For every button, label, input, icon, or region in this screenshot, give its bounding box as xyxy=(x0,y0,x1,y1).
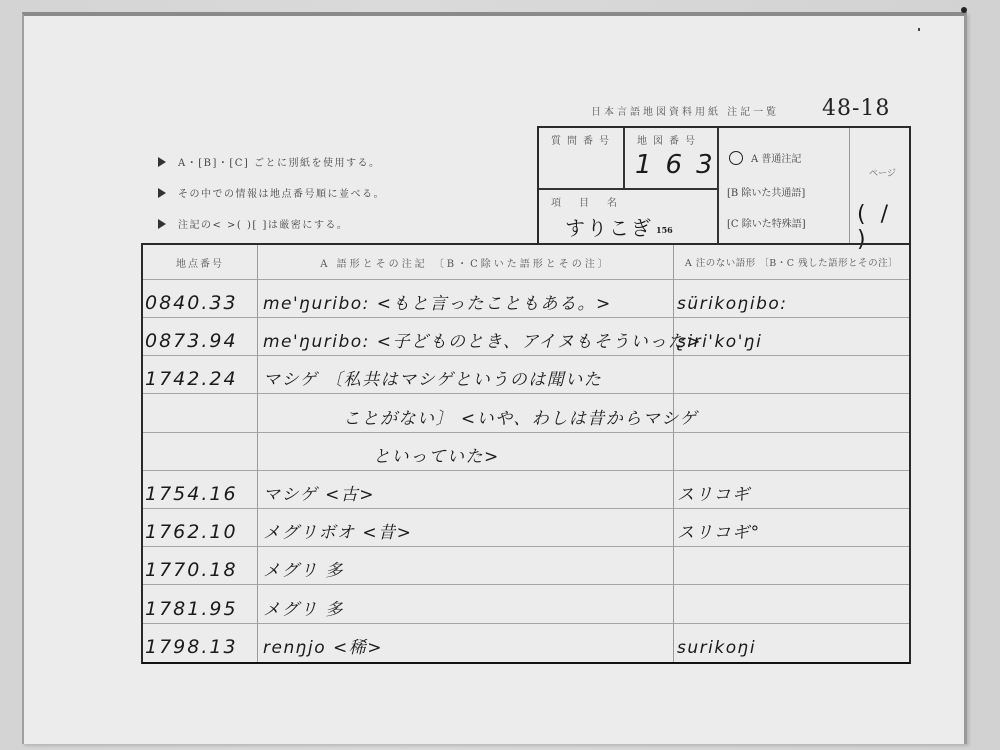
table-row: 1742.24マシゲ 〔私共はマシゲというのは聞いた xyxy=(143,356,909,394)
table-row: といっていた> xyxy=(143,433,909,471)
word-form-note: renŋjo <稀> xyxy=(263,633,383,658)
column-header-form-note: A 語形とその注記 〔B・C除いた語形とその注〕 xyxy=(258,245,673,279)
location-number: 0873.94 xyxy=(145,330,238,352)
location-number: 1742.24 xyxy=(145,368,238,390)
plain-word-form: スリコギ° xyxy=(677,518,761,543)
location-number: 1754.16 xyxy=(145,483,238,505)
form-number: 48-18 xyxy=(822,96,890,121)
note-type-b: [B 除いた共通語] xyxy=(727,184,805,199)
plain-word-form: surikoŋi xyxy=(677,638,756,658)
word-form-note: メグリ 多 xyxy=(263,556,344,581)
word-form-note: me'ŋuribo: <もと言ったこともある。> xyxy=(263,289,612,314)
triangle-bullet-icon xyxy=(158,188,166,198)
column-header-location: 地点番号 xyxy=(143,245,257,279)
word-form-note: マシゲ <古> xyxy=(263,480,375,505)
series-title: 日本言語地図資料用紙 注記一覧 xyxy=(591,103,779,118)
word-form-note: メグリ 多 xyxy=(263,595,344,620)
table-row: ことがない〕 <いや、わしは昔からマシゲ xyxy=(143,395,909,433)
instructions-list: A・[B]・[C] ごとに別紙を使用する。 その中での情報は地点番号順に並べる。… xyxy=(158,146,385,239)
ink-dot xyxy=(961,7,967,13)
word-form-note: マシゲ 〔私共はマシゲというのは聞いた xyxy=(263,365,602,390)
word-form-note: メグリボオ <昔> xyxy=(263,518,412,543)
ink-speck xyxy=(918,28,920,31)
word-form-note: ことがない〕 <いや、わしは昔からマシゲ xyxy=(343,404,698,429)
plain-word-form: ʂiri'ko'ŋi xyxy=(677,332,762,352)
page-label: ページ xyxy=(869,166,896,179)
note-type-a: A 普通注記 xyxy=(729,150,801,165)
plain-word-form: スリコギ xyxy=(677,480,751,505)
table-row: 1754.16マシゲ <古>スリコギ xyxy=(143,471,909,509)
instruction-text: 注記の< >( )[ ]は厳密にする。 xyxy=(178,216,348,231)
triangle-bullet-icon xyxy=(158,157,166,167)
word-form-note: といっていた> xyxy=(373,442,500,467)
info-box: 質問番号 地図番号 163 項目名 すりこぎ 156 A 普通注記 [B 除いた… xyxy=(537,126,911,245)
instruction-item: A・[B]・[C] ごとに別紙を使用する。 xyxy=(158,146,385,177)
table-row: 0840.33me'ŋuribo: <もと言ったこともある。>sürikoŋib… xyxy=(143,280,909,318)
instruction-text: その中での情報は地点番号順に並べる。 xyxy=(178,185,385,200)
location-number: 1781.95 xyxy=(145,598,238,620)
location-number: 0840.33 xyxy=(145,292,238,314)
map-number-value: 163 xyxy=(635,150,727,180)
item-name-label: 項目名 xyxy=(551,194,635,209)
circled-selection-icon xyxy=(729,151,743,165)
location-number: 1762.10 xyxy=(145,521,238,543)
table-row: 1798.13renŋjo <稀>surikoŋi xyxy=(143,624,909,662)
triangle-bullet-icon xyxy=(158,219,166,229)
table-row: 1762.10メグリボオ <昔>スリコギ° xyxy=(143,509,909,547)
map-number-label: 地図番号 xyxy=(637,132,701,147)
column-header-plain-form: A 注のない語形 〔B・C 残した語形とその注〕 xyxy=(674,245,909,279)
location-number: 1798.13 xyxy=(145,636,238,658)
table-row: 1781.95メグリ 多 xyxy=(143,586,909,624)
table-row: 0873.94me'ŋuribo: <子どものとき、アイヌもそういった>ʂiri… xyxy=(143,318,909,356)
table-row: 1770.18メグリ 多 xyxy=(143,547,909,585)
instruction-text: A・[B]・[C] ごとに別紙を使用する。 xyxy=(178,154,381,169)
question-number-label: 質問番号 xyxy=(551,132,615,147)
item-code: 156 xyxy=(656,225,673,235)
word-form-note: me'ŋuribo: <子どものとき、アイヌもそういった> xyxy=(263,327,702,352)
instruction-item: その中での情報は地点番号順に並べる。 xyxy=(158,177,385,208)
item-name-value: すりこぎ xyxy=(565,212,653,241)
instruction-item: 注記の< >( )[ ]は厳密にする。 xyxy=(158,208,385,239)
plain-word-form: sürikoŋibo: xyxy=(677,294,788,314)
note-type-c: [C 除いた特殊語] xyxy=(727,215,806,230)
location-number: 1770.18 xyxy=(145,559,238,581)
notes-table: 地点番号 A 語形とその注記 〔B・C除いた語形とその注〕 A 注のない語形 〔… xyxy=(141,243,911,664)
